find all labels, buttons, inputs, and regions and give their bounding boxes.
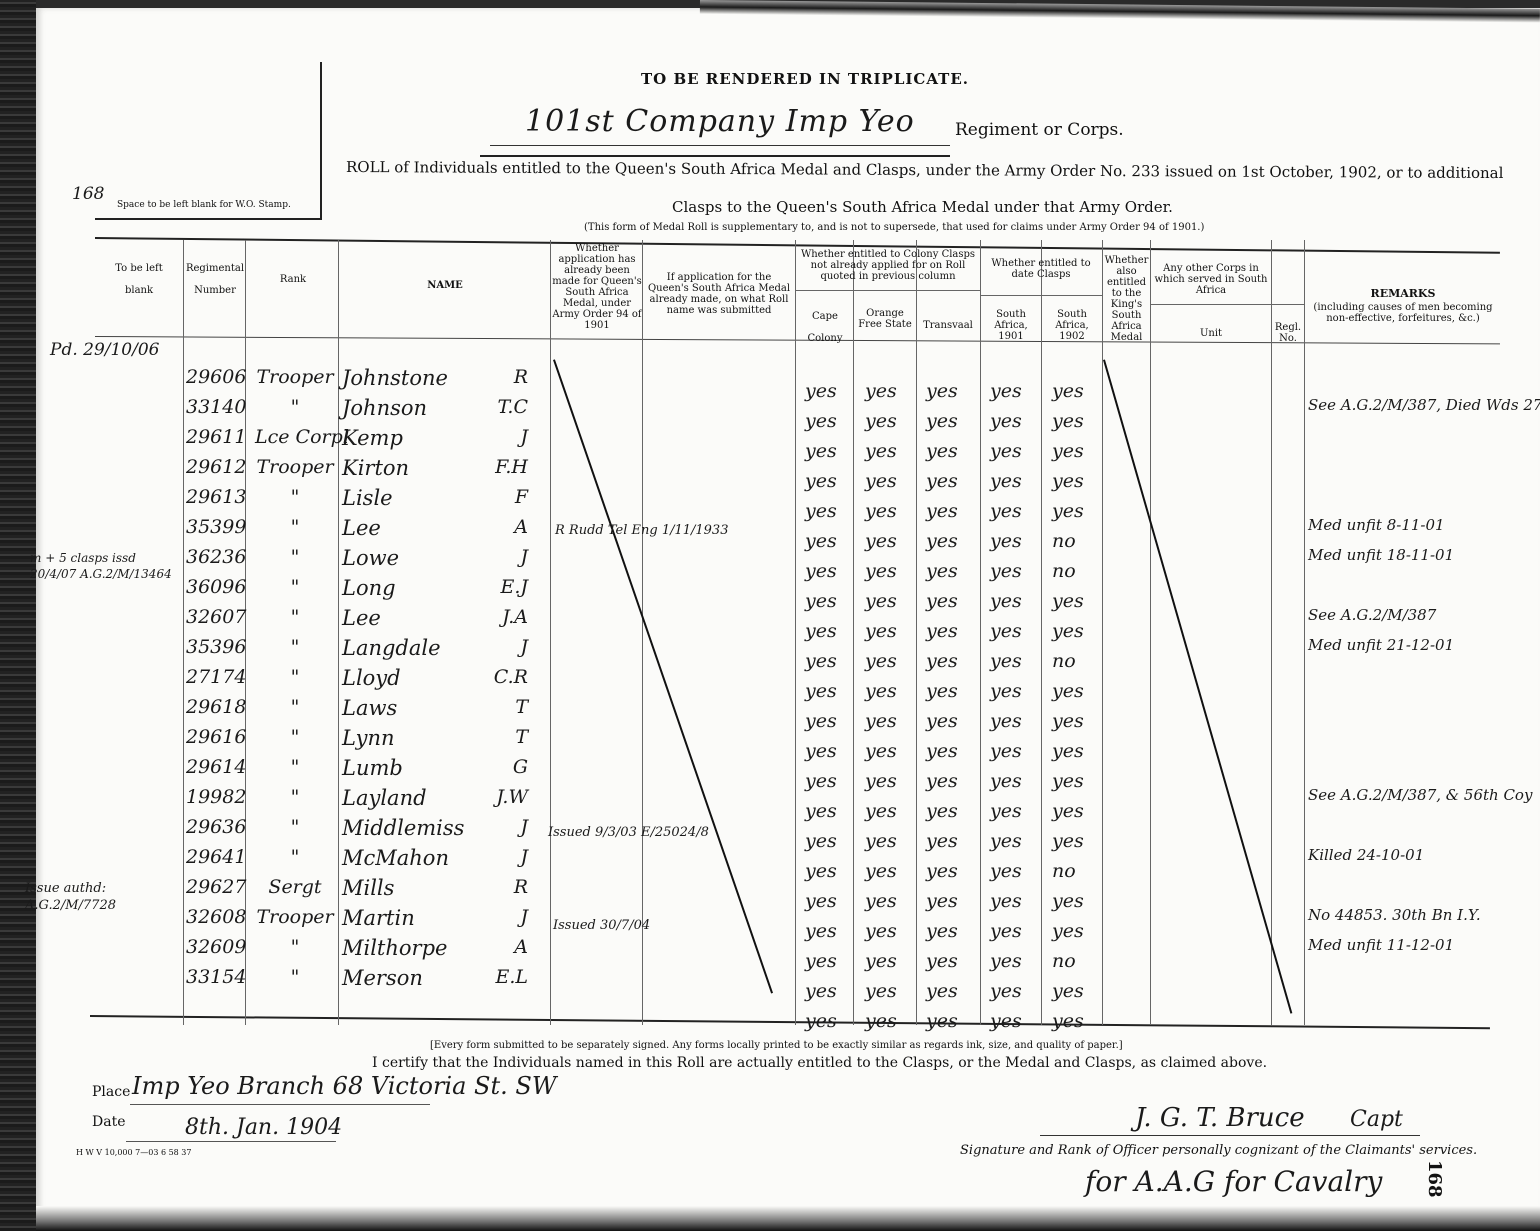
surname: McMahon xyxy=(342,846,449,870)
initials: J xyxy=(478,846,528,868)
rank: " xyxy=(255,726,335,748)
page-title: TO BE RENDERED IN TRIPLICATE. xyxy=(560,70,1050,88)
cape-colony-value: yes xyxy=(805,860,837,882)
sa-1901-value: yes xyxy=(990,500,1022,522)
initials: E.L xyxy=(478,966,528,988)
regimental-number: 29614 xyxy=(186,756,246,778)
cape-colony-value: yes xyxy=(805,410,837,432)
transvaal-value: yes xyxy=(926,650,958,672)
cape-colony-value: yes xyxy=(805,560,837,582)
sa-1902-value: yes xyxy=(1052,800,1084,822)
sa-1901-value: yes xyxy=(990,440,1022,462)
rank: " xyxy=(255,786,335,808)
stamp-box-border xyxy=(320,62,322,220)
transvaal-value: yes xyxy=(926,770,958,792)
sa-1902-value: yes xyxy=(1052,770,1084,792)
surname: Laws xyxy=(342,696,397,720)
regimental-number: 29606 xyxy=(186,366,246,388)
transvaal-value: yes xyxy=(926,440,958,462)
sa-1901-value: yes xyxy=(990,710,1022,732)
stamp-note: Space to be left blank for W.O. Stamp. xyxy=(117,200,291,210)
transvaal-value: yes xyxy=(926,920,958,942)
sa-1901-value: yes xyxy=(990,860,1022,882)
orange-free-state-value: yes xyxy=(865,470,897,492)
sa-1901-value: yes xyxy=(990,410,1022,432)
regimental-number: 29612 xyxy=(186,456,246,478)
header-roll-submitted: If application for the Queen's South Afr… xyxy=(645,272,793,316)
transvaal-value: yes xyxy=(926,500,958,522)
cape-colony-value: yes xyxy=(805,1010,837,1032)
sa-1901-value: yes xyxy=(990,980,1022,1002)
surname: Lee xyxy=(342,606,381,630)
cape-colony-value: yes xyxy=(805,470,837,492)
header-rank: Rank xyxy=(248,274,338,285)
header-remarks-sub: (including causes of men becoming non-ef… xyxy=(1308,302,1498,324)
surname: Lumb xyxy=(342,756,403,780)
sa-1902-value: yes xyxy=(1052,1010,1084,1032)
remarks: No 44853. 30th Bn I.Y. xyxy=(1308,906,1481,924)
transvaal-value: yes xyxy=(926,800,958,822)
cape-colony-value: yes xyxy=(805,530,837,552)
initials: J xyxy=(478,546,528,568)
stamp-number: 168 xyxy=(72,184,104,204)
sa-1902-value: yes xyxy=(1052,590,1084,612)
roll-note-entry: Issued 9/3/03 E/25024/8 xyxy=(548,825,709,840)
rank: " xyxy=(255,636,335,658)
regimental-number: 36096 xyxy=(186,576,246,598)
initials: R xyxy=(478,366,528,388)
rank: Trooper xyxy=(255,456,335,478)
orange-free-state-value: yes xyxy=(865,530,897,552)
officer-rank: Capt xyxy=(1350,1107,1403,1132)
surname: Lowe xyxy=(342,546,399,570)
surname: Merson xyxy=(342,966,423,990)
divider xyxy=(480,155,950,157)
margin-note: Pd. 29/10/06 xyxy=(50,340,159,360)
header-transvaal: Transvaal xyxy=(917,320,979,331)
column-divider xyxy=(853,240,854,1025)
sa-1901-value: yes xyxy=(990,560,1022,582)
sa-1901-value: yes xyxy=(990,830,1022,852)
cape-colony-value: yes xyxy=(805,770,837,792)
surname: Milthorpe xyxy=(342,936,447,960)
sa-1902-value: no xyxy=(1052,950,1076,972)
transvaal-value: yes xyxy=(926,410,958,432)
sa-1902-value: yes xyxy=(1052,440,1084,462)
sa-1902-value: no xyxy=(1052,560,1076,582)
column-divider xyxy=(980,240,981,1025)
surname: Martin xyxy=(342,906,415,930)
sa-1902-value: no xyxy=(1052,530,1076,552)
cape-colony-value: yes xyxy=(805,890,837,912)
orange-free-state-value: yes xyxy=(865,380,897,402)
cape-colony-value: yes xyxy=(805,500,837,522)
sa-1901-value: yes xyxy=(990,950,1022,972)
regimental-number: 35399 xyxy=(186,516,246,538)
surname: Layland xyxy=(342,786,427,810)
cape-colony-value: yes xyxy=(805,800,837,822)
margin-note: Issue authd: A.G.2/M/7728 xyxy=(25,880,175,914)
header-name: NAME xyxy=(340,280,550,291)
orange-free-state-value: yes xyxy=(865,1010,897,1032)
orange-free-state-value: yes xyxy=(865,770,897,792)
for-aag-note: for A.A.G for Cavalry xyxy=(1085,1165,1382,1198)
sa-1902-value: no xyxy=(1052,860,1076,882)
transvaal-value: yes xyxy=(926,380,958,402)
header-reg-number: Regimental Number xyxy=(185,258,245,302)
remarks: Med unfit 21-12-01 xyxy=(1308,636,1454,654)
cape-colony-value: yes xyxy=(805,380,837,402)
column-divider xyxy=(1271,240,1272,1025)
footnote: [Every form submitted to be separately s… xyxy=(430,1040,1123,1051)
place-line xyxy=(130,1104,430,1105)
remarks: Med unfit 11-12-01 xyxy=(1308,936,1454,954)
header-orange-free-state: Orange Free State xyxy=(855,308,915,330)
header-cape-colony: Cape Colony xyxy=(797,306,853,350)
printer-code: H W V 10,000 7—03 6 58 37 xyxy=(76,1148,192,1157)
header-kings-medal: Whether also entitled to the King's Sout… xyxy=(1103,255,1150,343)
surname: Lee xyxy=(342,516,381,540)
regimental-number: 29611 xyxy=(186,426,246,448)
cape-colony-value: yes xyxy=(805,980,837,1002)
orange-free-state-value: yes xyxy=(865,800,897,822)
orange-free-state-value: yes xyxy=(865,830,897,852)
regimental-number: 29613 xyxy=(186,486,246,508)
header-sa-1901: South Africa, 1901 xyxy=(983,309,1039,342)
surname: Lisle xyxy=(342,486,393,510)
header-date-group: Whether entitled to date Clasps xyxy=(982,258,1100,280)
rank: " xyxy=(255,396,335,418)
rank: " xyxy=(255,666,335,688)
orange-free-state-value: yes xyxy=(865,650,897,672)
regimental-number: 32609 xyxy=(186,936,246,958)
initials: R xyxy=(478,876,528,898)
orange-free-state-value: yes xyxy=(865,590,897,612)
initials: F.H xyxy=(478,456,528,478)
orange-free-state-value: yes xyxy=(865,680,897,702)
header-remarks: REMARKS xyxy=(1308,288,1498,299)
header-prior-application: Whether application has already been mad… xyxy=(552,243,642,331)
column-divider xyxy=(916,240,917,1025)
transvaal-value: yes xyxy=(926,740,958,762)
initials: J.A xyxy=(478,606,528,628)
surname: Mills xyxy=(342,876,394,900)
initials: J xyxy=(478,816,528,838)
header-other-corps: Any other Corps in which served in South… xyxy=(1152,263,1270,296)
remarks: See A.G.2/M/387 xyxy=(1308,606,1436,624)
column-divider xyxy=(183,240,184,1025)
orange-free-state-value: yes xyxy=(865,860,897,882)
sa-1902-value: no xyxy=(1052,650,1076,672)
signature-line xyxy=(1040,1135,1420,1136)
regimental-number: 29641 xyxy=(186,846,246,868)
roll-note: (This form of Medal Roll is supplementar… xyxy=(584,222,1204,233)
sa-1901-value: yes xyxy=(990,680,1022,702)
sa-1901-value: yes xyxy=(990,380,1022,402)
rank: " xyxy=(255,936,335,958)
transvaal-value: yes xyxy=(926,470,958,492)
initials: G xyxy=(478,756,528,778)
surname: Langdale xyxy=(342,636,441,660)
sa-1902-value: yes xyxy=(1052,410,1084,432)
header-sa-1902: South Africa, 1902 xyxy=(1043,309,1101,342)
initials: A xyxy=(478,936,528,958)
sa-1901-value: yes xyxy=(990,770,1022,792)
column-divider xyxy=(1102,240,1103,1025)
regimental-number: 33140 xyxy=(186,396,246,418)
sa-1902-value: yes xyxy=(1052,710,1084,732)
rank: " xyxy=(255,846,335,868)
sa-1902-value: yes xyxy=(1052,470,1084,492)
cape-colony-value: yes xyxy=(805,680,837,702)
orange-free-state-value: yes xyxy=(865,560,897,582)
date-value: 8th. Jan. 1904 xyxy=(185,1115,342,1140)
orange-free-state-value: yes xyxy=(865,920,897,942)
column-divider xyxy=(338,240,339,1025)
rank: " xyxy=(255,546,335,568)
regimental-number: 19982 xyxy=(186,786,246,808)
transvaal-value: yes xyxy=(926,1010,958,1032)
initials: E.J xyxy=(478,576,528,598)
regimental-number: 29618 xyxy=(186,696,246,718)
date-label: Date xyxy=(92,1114,125,1130)
cape-colony-value: yes xyxy=(805,710,837,732)
remarks: See A.G.2/M/387, Died Wds 27/2/02 xyxy=(1308,396,1540,414)
rank: " xyxy=(255,816,335,838)
remarks: See A.G.2/M/387, & 56th Coy xyxy=(1308,786,1532,804)
regimental-number: 33154 xyxy=(186,966,246,988)
rank: Lce Corpl xyxy=(255,426,335,448)
transvaal-value: yes xyxy=(926,890,958,912)
sa-1901-value: yes xyxy=(990,740,1022,762)
signature-caption: Signature and Rank of Officer personally… xyxy=(960,1143,1477,1158)
orange-free-state-value: yes xyxy=(865,410,897,432)
column-divider xyxy=(795,240,796,1025)
orange-free-state-value: yes xyxy=(865,500,897,522)
orange-free-state-value: yes xyxy=(865,740,897,762)
initials: F xyxy=(478,486,528,508)
sub-header-rule xyxy=(980,295,1102,296)
cape-colony-value: yes xyxy=(805,950,837,972)
rank: " xyxy=(255,696,335,718)
orange-free-state-value: yes xyxy=(865,440,897,462)
roll-description-cont: Clasps to the Queen's South Africa Medal… xyxy=(672,198,1173,216)
surname: Lloyd xyxy=(342,666,401,690)
header-regl-no: Regl. No. xyxy=(1272,322,1304,344)
roll-note-entry: R Rudd Tel Eng 1/11/1933 xyxy=(555,523,728,538)
regiment-label: Regiment or Corps. xyxy=(955,120,1124,140)
header-unit: Unit xyxy=(1152,328,1270,339)
regimental-number: 29627 xyxy=(186,876,246,898)
book-binding xyxy=(0,0,36,1231)
sa-1902-value: yes xyxy=(1052,890,1084,912)
initials: J xyxy=(478,636,528,658)
sa-1901-value: yes xyxy=(990,590,1022,612)
surname: Middlemiss xyxy=(342,816,464,840)
transvaal-value: yes xyxy=(926,680,958,702)
margin-note: m + 5 clasps issd 20/4/07 A.G.2/M/13464 xyxy=(30,550,180,582)
column-divider xyxy=(1304,240,1305,1025)
orange-free-state-value: yes xyxy=(865,950,897,972)
rank: " xyxy=(255,516,335,538)
rank: " xyxy=(255,486,335,508)
sa-1901-value: yes xyxy=(990,620,1022,642)
sa-1902-value: yes xyxy=(1052,620,1084,642)
sa-1901-value: yes xyxy=(990,650,1022,672)
regimental-number: 29616 xyxy=(186,726,246,748)
sub-header-rule xyxy=(796,290,980,291)
column-divider xyxy=(642,240,643,1025)
initials: J xyxy=(478,906,528,928)
column-divider xyxy=(1041,240,1042,1025)
sub-header-rule xyxy=(1150,304,1304,305)
transvaal-value: yes xyxy=(926,710,958,732)
initials: T xyxy=(478,696,528,718)
rank: Sergt xyxy=(255,876,335,898)
regimental-number: 32607 xyxy=(186,606,246,628)
column-divider xyxy=(550,240,551,1025)
remarks: Killed 24-10-01 xyxy=(1308,846,1424,864)
header-colony-group: Whether entitled to Colony Clasps not al… xyxy=(797,249,979,282)
cape-colony-value: yes xyxy=(805,440,837,462)
transvaal-value: yes xyxy=(926,620,958,642)
cape-colony-value: yes xyxy=(805,650,837,672)
certification: I certify that the Individuals named in … xyxy=(372,1055,1267,1071)
initials: J.W xyxy=(478,786,528,808)
page-number: 168 xyxy=(1424,1160,1445,1198)
surname: Johnstone xyxy=(342,366,448,390)
regimental-number: 32608 xyxy=(186,906,246,928)
sa-1901-value: yes xyxy=(990,470,1022,492)
orange-free-state-value: yes xyxy=(865,620,897,642)
rank: " xyxy=(255,756,335,778)
roll-note-entry: Issued 30/7/04 xyxy=(553,918,650,933)
sa-1902-value: yes xyxy=(1052,500,1084,522)
sa-1902-value: yes xyxy=(1052,920,1084,942)
orange-free-state-value: yes xyxy=(865,890,897,912)
surname: Lynn xyxy=(342,726,395,750)
cape-colony-value: yes xyxy=(805,920,837,942)
transvaal-value: yes xyxy=(926,980,958,1002)
sa-1902-value: yes xyxy=(1052,830,1084,852)
sa-1902-value: yes xyxy=(1052,680,1084,702)
initials: T xyxy=(478,726,528,748)
header-blank: To be left blank xyxy=(100,258,178,302)
transvaal-value: yes xyxy=(926,590,958,612)
cape-colony-value: yes xyxy=(805,590,837,612)
sa-1901-value: yes xyxy=(990,530,1022,552)
stamp-box-border xyxy=(95,218,321,220)
surname: Long xyxy=(342,576,396,600)
column-divider xyxy=(1150,240,1151,1025)
page-edge-shadow xyxy=(36,1206,1540,1231)
transvaal-value: yes xyxy=(926,560,958,582)
sa-1901-value: yes xyxy=(990,890,1022,912)
rank: Trooper xyxy=(255,366,335,388)
regimental-number: 36236 xyxy=(186,546,246,568)
officer-signature: J. G. T. Bruce xyxy=(1135,1103,1305,1133)
regimental-number: 35396 xyxy=(186,636,246,658)
cape-colony-value: yes xyxy=(805,830,837,852)
sa-1901-value: yes xyxy=(990,1010,1022,1032)
initials: J xyxy=(478,426,528,448)
place-value: Imp Yeo Branch 68 Victoria St. SW xyxy=(132,1072,557,1100)
orange-free-state-value: yes xyxy=(865,980,897,1002)
cape-colony-value: yes xyxy=(805,620,837,642)
remarks: Med unfit 8-11-01 xyxy=(1308,516,1445,534)
place-label: Place xyxy=(92,1084,130,1100)
sa-1902-value: yes xyxy=(1052,380,1084,402)
initials: T.C xyxy=(478,396,528,418)
sa-1902-value: yes xyxy=(1052,740,1084,762)
rank: " xyxy=(255,966,335,988)
surname: Johnson xyxy=(342,396,427,420)
rank: " xyxy=(255,606,335,628)
sa-1901-value: yes xyxy=(990,920,1022,942)
rank: Trooper xyxy=(255,906,335,928)
sa-1901-value: yes xyxy=(990,800,1022,822)
sa-1902-value: yes xyxy=(1052,980,1084,1002)
cape-colony-value: yes xyxy=(805,740,837,762)
surname: Kemp xyxy=(342,426,403,450)
regimental-number: 29636 xyxy=(186,816,246,838)
remarks: Med unfit 18-11-01 xyxy=(1308,546,1454,564)
transvaal-value: yes xyxy=(926,530,958,552)
surname: Kirton xyxy=(342,456,409,480)
transvaal-value: yes xyxy=(926,830,958,852)
orange-free-state-value: yes xyxy=(865,710,897,732)
regimental-number: 27174 xyxy=(186,666,246,688)
initials: C.R xyxy=(478,666,528,688)
date-line xyxy=(126,1141,336,1142)
initials: A xyxy=(478,516,528,538)
regiment-value: 101st Company Imp Yeo xyxy=(525,104,915,139)
transvaal-value: yes xyxy=(926,860,958,882)
transvaal-value: yes xyxy=(926,950,958,972)
rank: " xyxy=(255,576,335,598)
